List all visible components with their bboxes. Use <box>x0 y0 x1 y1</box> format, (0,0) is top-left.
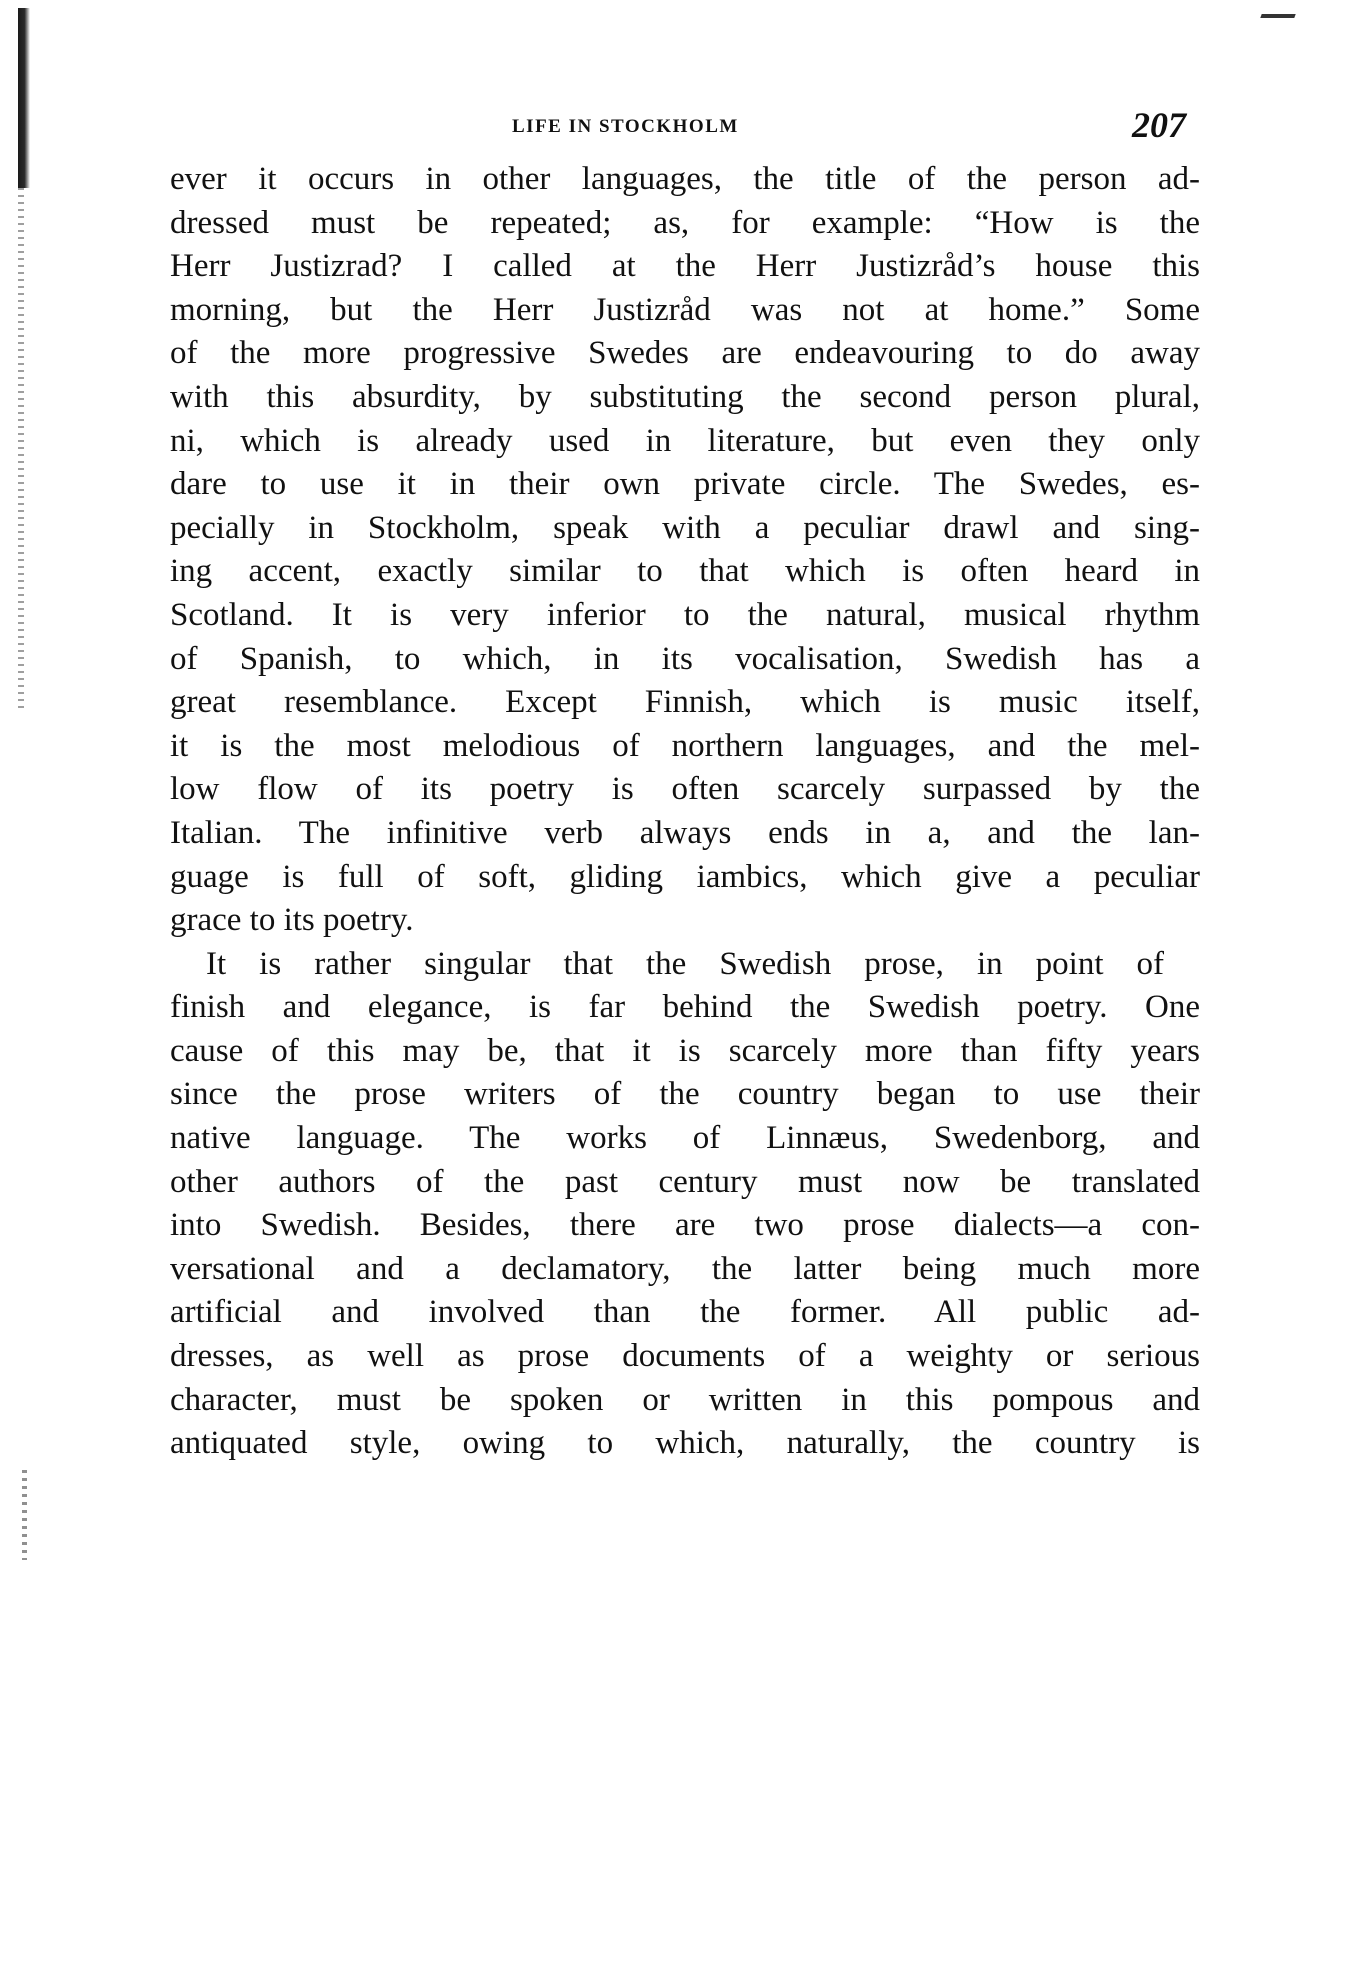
text-line: versational and a declamatory, the latte… <box>170 1248 1200 1292</box>
text-line: artificial and involved than the former.… <box>170 1291 1200 1335</box>
text-line: of Spanish, to which, in its vocalisatio… <box>170 638 1200 682</box>
text-line: finish and elegance, is far behind the S… <box>170 986 1200 1030</box>
text-line: Scotland. It is very inferior to the nat… <box>170 594 1200 638</box>
text-line: with this absurdity, by substituting the… <box>170 376 1200 420</box>
text-line: ni, which is already used in literature,… <box>170 420 1200 464</box>
text-line: pecially in Stockholm, speak with a pecu… <box>170 507 1200 551</box>
text-line: native language. The works of Linnæus, S… <box>170 1117 1200 1161</box>
text-line: ing accent, exactly similar to that whic… <box>170 550 1200 594</box>
text-line: cause of this may be, that it is scarcel… <box>170 1030 1200 1074</box>
page-number: 207 <box>1132 104 1186 146</box>
paragraph-end-line: grace to its poetry. <box>170 899 1200 943</box>
text-line: antiquated style, owing to which, natura… <box>170 1422 1200 1466</box>
text-line: great resemblance. Except Finnish, which… <box>170 681 1200 725</box>
paragraph-start-line: It is rather singular that the Swedish p… <box>170 943 1200 987</box>
text-line: dare to use it in their own private circ… <box>170 463 1200 507</box>
text-line: since the prose writers of the country b… <box>170 1073 1200 1117</box>
text-line: low flow of its poetry is often scarcely… <box>170 768 1200 812</box>
running-title: LIFE IN STOCKHOLM <box>512 116 739 138</box>
text-line: character, must be spoken or written in … <box>170 1379 1200 1423</box>
scan-corner-mark <box>1260 14 1295 18</box>
running-head: LIFE IN STOCKHOLM 207 <box>0 110 1357 150</box>
body-text: ever it occurs in other languages, the t… <box>170 158 1200 1466</box>
text-line: it is the most melodious of northern lan… <box>170 725 1200 769</box>
scan-edge-speckle-lower <box>22 1470 27 1560</box>
text-line: Herr Justizrad? I called at the Herr Jus… <box>170 245 1200 289</box>
text-line: ever it occurs in other languages, the t… <box>170 158 1200 202</box>
text-line: guage is full of soft, gliding iambics, … <box>170 856 1200 900</box>
text-line: morning, but the Herr Justizråd was not … <box>170 289 1200 333</box>
text-line: dresses, as well as prose documents of a… <box>170 1335 1200 1379</box>
text-line: of the more progressive Swedes are endea… <box>170 332 1200 376</box>
scan-edge-shadow <box>18 8 30 188</box>
text-line: Italian. The infinitive verb always ends… <box>170 812 1200 856</box>
text-line: into Swedish. Besides, there are two pro… <box>170 1204 1200 1248</box>
text-line: dressed must be repeated; as, for exampl… <box>170 202 1200 246</box>
text-line: other authors of the past century must n… <box>170 1161 1200 1205</box>
scan-edge-speckle <box>18 188 24 708</box>
